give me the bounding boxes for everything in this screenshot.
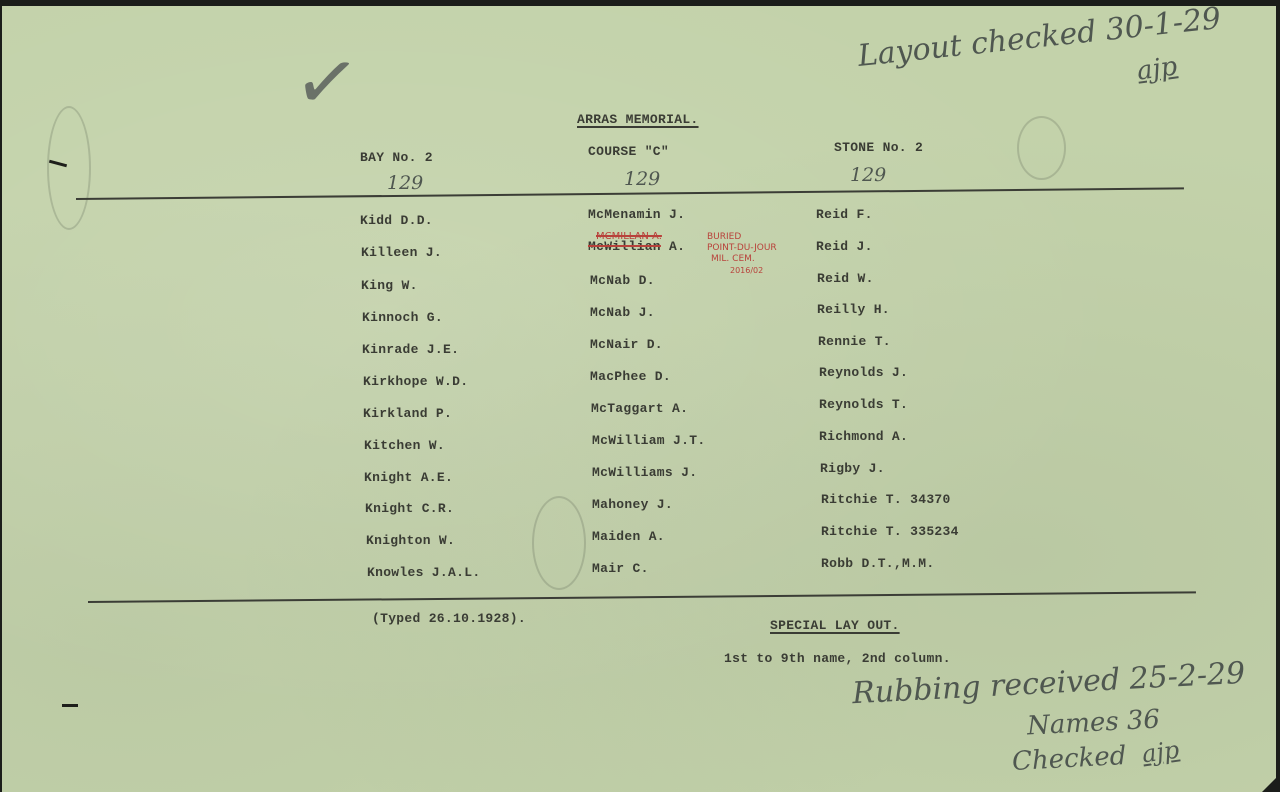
name-entry: Reynolds J.	[819, 365, 908, 380]
initials-top: ajp	[1135, 51, 1179, 86]
name-entry: Mair C.	[592, 561, 649, 576]
name-entry: McNair D.	[590, 337, 663, 352]
name-entry: McNab D.	[590, 273, 655, 288]
document-title: ARRAS MEMORIAL.	[577, 112, 699, 127]
name-entry: Killeen J.	[361, 245, 442, 260]
initials-bottom: ajp	[1140, 736, 1181, 769]
struck-initial: A.	[669, 239, 685, 254]
faint-stamp-right	[1017, 116, 1066, 180]
name-entry: Reid J.	[816, 239, 873, 254]
name-entry: Knighton W.	[366, 533, 455, 548]
correction-note-line: BURIED	[707, 232, 777, 243]
bay-header: BAY No. 2	[360, 150, 433, 165]
bottom-rule	[88, 591, 1196, 603]
name-entry: Richmond A.	[819, 429, 908, 444]
name-entry: Kinrade J.E.	[362, 342, 459, 357]
name-entry: McWilliam J.T.	[592, 433, 705, 448]
name-entry: Kidd D.D.	[360, 213, 433, 228]
correction-replacement: MCMILLAN A.	[596, 231, 662, 242]
names-count-note: Names 36	[1026, 705, 1160, 742]
name-entry: Kirkland P.	[363, 406, 452, 421]
correction-note: BURIED POINT-DU-JOUR MIL. CEM. 2016/02	[707, 232, 777, 276]
name-entry: Reid W.	[817, 271, 874, 286]
correction-note-line: 2016/02	[707, 265, 777, 276]
name-entry: McMenamin J.	[588, 207, 685, 222]
name-entry: King W.	[361, 278, 418, 293]
ink-mark-bottom-left	[62, 704, 78, 707]
scanned-document: ✓ Layout checked 30-1-29 ajp ARRAS MEMOR…	[2, 6, 1276, 792]
name-entry: Kinnoch G.	[362, 310, 443, 325]
course-header: COURSE "C"	[588, 144, 669, 159]
special-layout-note: 1st to 9th name, 2nd column.	[724, 651, 951, 666]
name-entry: Maiden A.	[592, 529, 665, 544]
name-entry: Kirkhope W.D.	[363, 374, 468, 389]
name-entry: Knight A.E.	[364, 470, 453, 485]
name-entry: Reynolds T.	[819, 397, 908, 412]
faint-stamp-left	[47, 106, 91, 230]
faint-stamp-center	[532, 496, 586, 590]
typed-date: (Typed 26.10.1928).	[372, 611, 526, 626]
name-entry: McNab J.	[590, 305, 655, 320]
name-entry: Rigby J.	[820, 461, 885, 476]
course-panel-number: 129	[624, 168, 660, 190]
stone-header: STONE No. 2	[834, 140, 923, 155]
name-entry: MacPhee D.	[590, 369, 671, 384]
stone-panel-number: 129	[850, 164, 886, 186]
name-entry: Reid F.	[816, 207, 873, 222]
name-entry: Mahoney J.	[592, 497, 673, 512]
name-entry: Kitchen W.	[364, 438, 445, 453]
name-entry: Ritchie T. 34370	[821, 492, 951, 507]
name-entry: Knight C.R.	[365, 501, 454, 516]
name-entry: Reilly H.	[817, 302, 890, 317]
corner-fold	[1262, 778, 1276, 792]
name-entry: Ritchie T. 335234	[821, 524, 959, 539]
correction-note-line: POINT-DU-JOUR	[707, 243, 777, 254]
name-entry: Knowles J.A.L.	[367, 565, 480, 580]
name-entry: Robb D.T.,M.M.	[821, 556, 934, 571]
name-entry: McTaggart A.	[591, 401, 688, 416]
name-entry: McWilliams J.	[592, 465, 697, 480]
special-layout-heading: SPECIAL LAY OUT.	[770, 618, 900, 633]
name-entry: Rennie T.	[818, 334, 891, 349]
bay-panel-number: 129	[387, 172, 423, 194]
checkmark-icon: ✓	[288, 34, 365, 132]
checked-note: Checked	[1011, 741, 1127, 777]
correction-note-line: MIL. CEM.	[707, 254, 777, 265]
